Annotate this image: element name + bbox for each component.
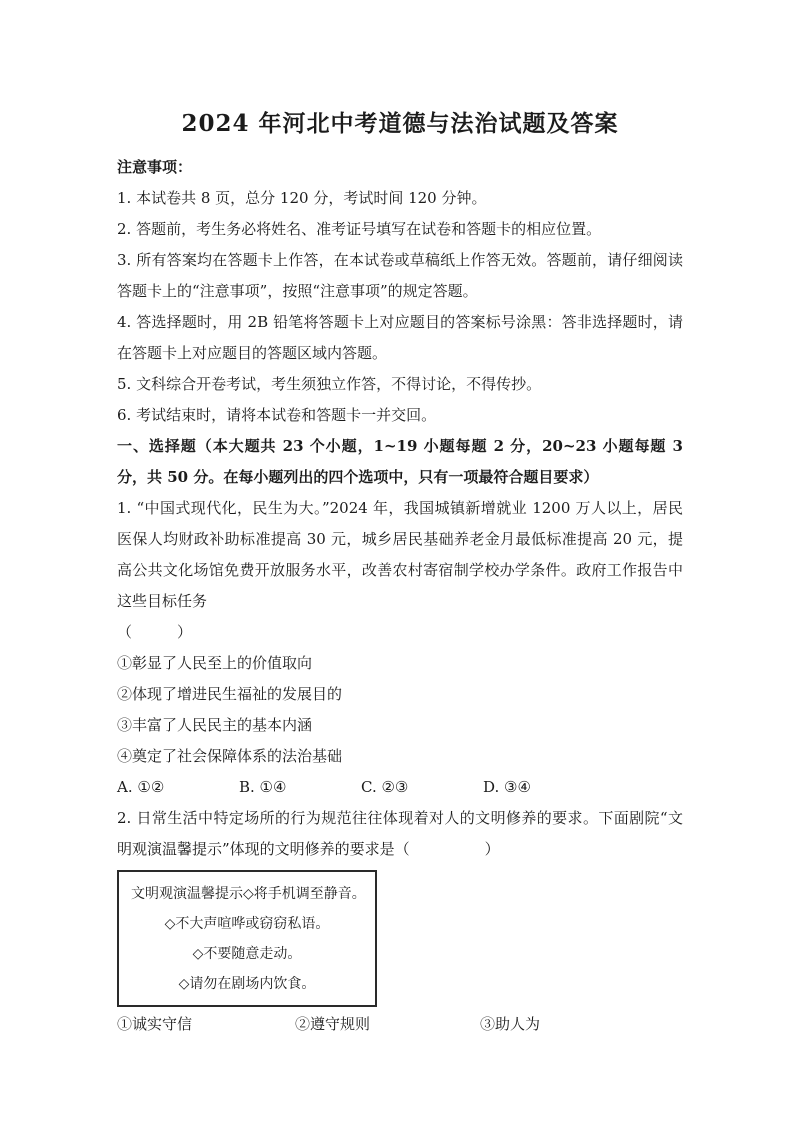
page-title: 2024 年河北中考道德与法治试题及答案 bbox=[117, 106, 683, 142]
notice-heading: 注意事项： bbox=[117, 152, 683, 183]
notice-item-4: 4. 答选择题时，用 2B 铅笔将答题卡上对应题目的答案标号涂黑：答非选择题时，… bbox=[117, 307, 683, 369]
question-1-answer-blank: （ ） bbox=[117, 617, 683, 648]
tip-line-4: ◇请勿在剧场内饮食。 bbox=[125, 969, 369, 999]
question-2-statement-1: ①诚实守信 bbox=[117, 1009, 295, 1040]
question-2-statement-2: ②遵守规则 bbox=[295, 1009, 480, 1040]
question-2-statements-row: ①诚实守信 ②遵守规则 ③助人为 bbox=[117, 1009, 683, 1040]
question-1-text: 1. “中国式现代化，民生为大。”2024 年，我国城镇新增就业 1200 万人… bbox=[117, 493, 683, 617]
question-1-statement-1: ①彰显了人民至上的价值取向 bbox=[117, 648, 683, 679]
question-1-statement-2: ②体现了增进民生福祉的发展目的 bbox=[117, 679, 683, 710]
notice-item-5: 5. 文科综合开卷考试，考生须独立作答，不得讨论，不得传抄。 bbox=[117, 369, 683, 400]
question-2-statement-3: ③助人为 bbox=[480, 1009, 540, 1040]
exam-paper-page: 2024 年河北中考道德与法治试题及答案 注意事项： 1. 本试卷共 8 页，总… bbox=[0, 0, 793, 1122]
section-1-heading: 一、选择题（本大题共 23 个小题，1~19 小题每题 2 分，20~23 小题… bbox=[117, 431, 683, 493]
tip-line-3: ◇不要随意走动。 bbox=[125, 939, 369, 969]
question-1-choice-b: B. ①④ bbox=[239, 772, 361, 803]
tip-line-1: 文明观演温馨提示◇将手机调至静音。 bbox=[125, 879, 369, 909]
question-1-statement-4: ④奠定了社会保障体系的法治基础 bbox=[117, 741, 683, 772]
notice-item-1: 1. 本试卷共 8 页，总分 120 分，考试时间 120 分钟。 bbox=[117, 183, 683, 214]
question-2-text: 2. 日常生活中特定场所的行为规范往往体现着对人的文明修养的要求。下面剧院“文明… bbox=[117, 803, 683, 865]
notice-item-6: 6. 考试结束时，请将本试卷和答题卡一并交回。 bbox=[117, 400, 683, 431]
notice-item-2: 2. 答题前，考生务必将姓名、准考证号填写在试卷和答题卡的相应位置。 bbox=[117, 214, 683, 245]
question-1-statement-3: ③丰富了人民民主的基本内涵 bbox=[117, 710, 683, 741]
theater-civility-tips-box: 文明观演温馨提示◇将手机调至静音。 ◇不大声喧哗或窃窃私语。 ◇不要随意走动。 … bbox=[117, 870, 377, 1007]
question-1-choice-c: C. ②③ bbox=[361, 772, 483, 803]
question-1-choice-a: A. ①② bbox=[117, 772, 239, 803]
notice-item-3: 3. 所有答案均在答题卡上作答，在本试卷或草稿纸上作答无效。答题前，请仔细阅读答… bbox=[117, 245, 683, 307]
question-1-choice-d: D. ③④ bbox=[483, 772, 531, 803]
question-1-choices-row: A. ①② B. ①④ C. ②③ D. ③④ bbox=[117, 772, 683, 803]
tip-line-2: ◇不大声喧哗或窃窃私语。 bbox=[125, 909, 369, 939]
